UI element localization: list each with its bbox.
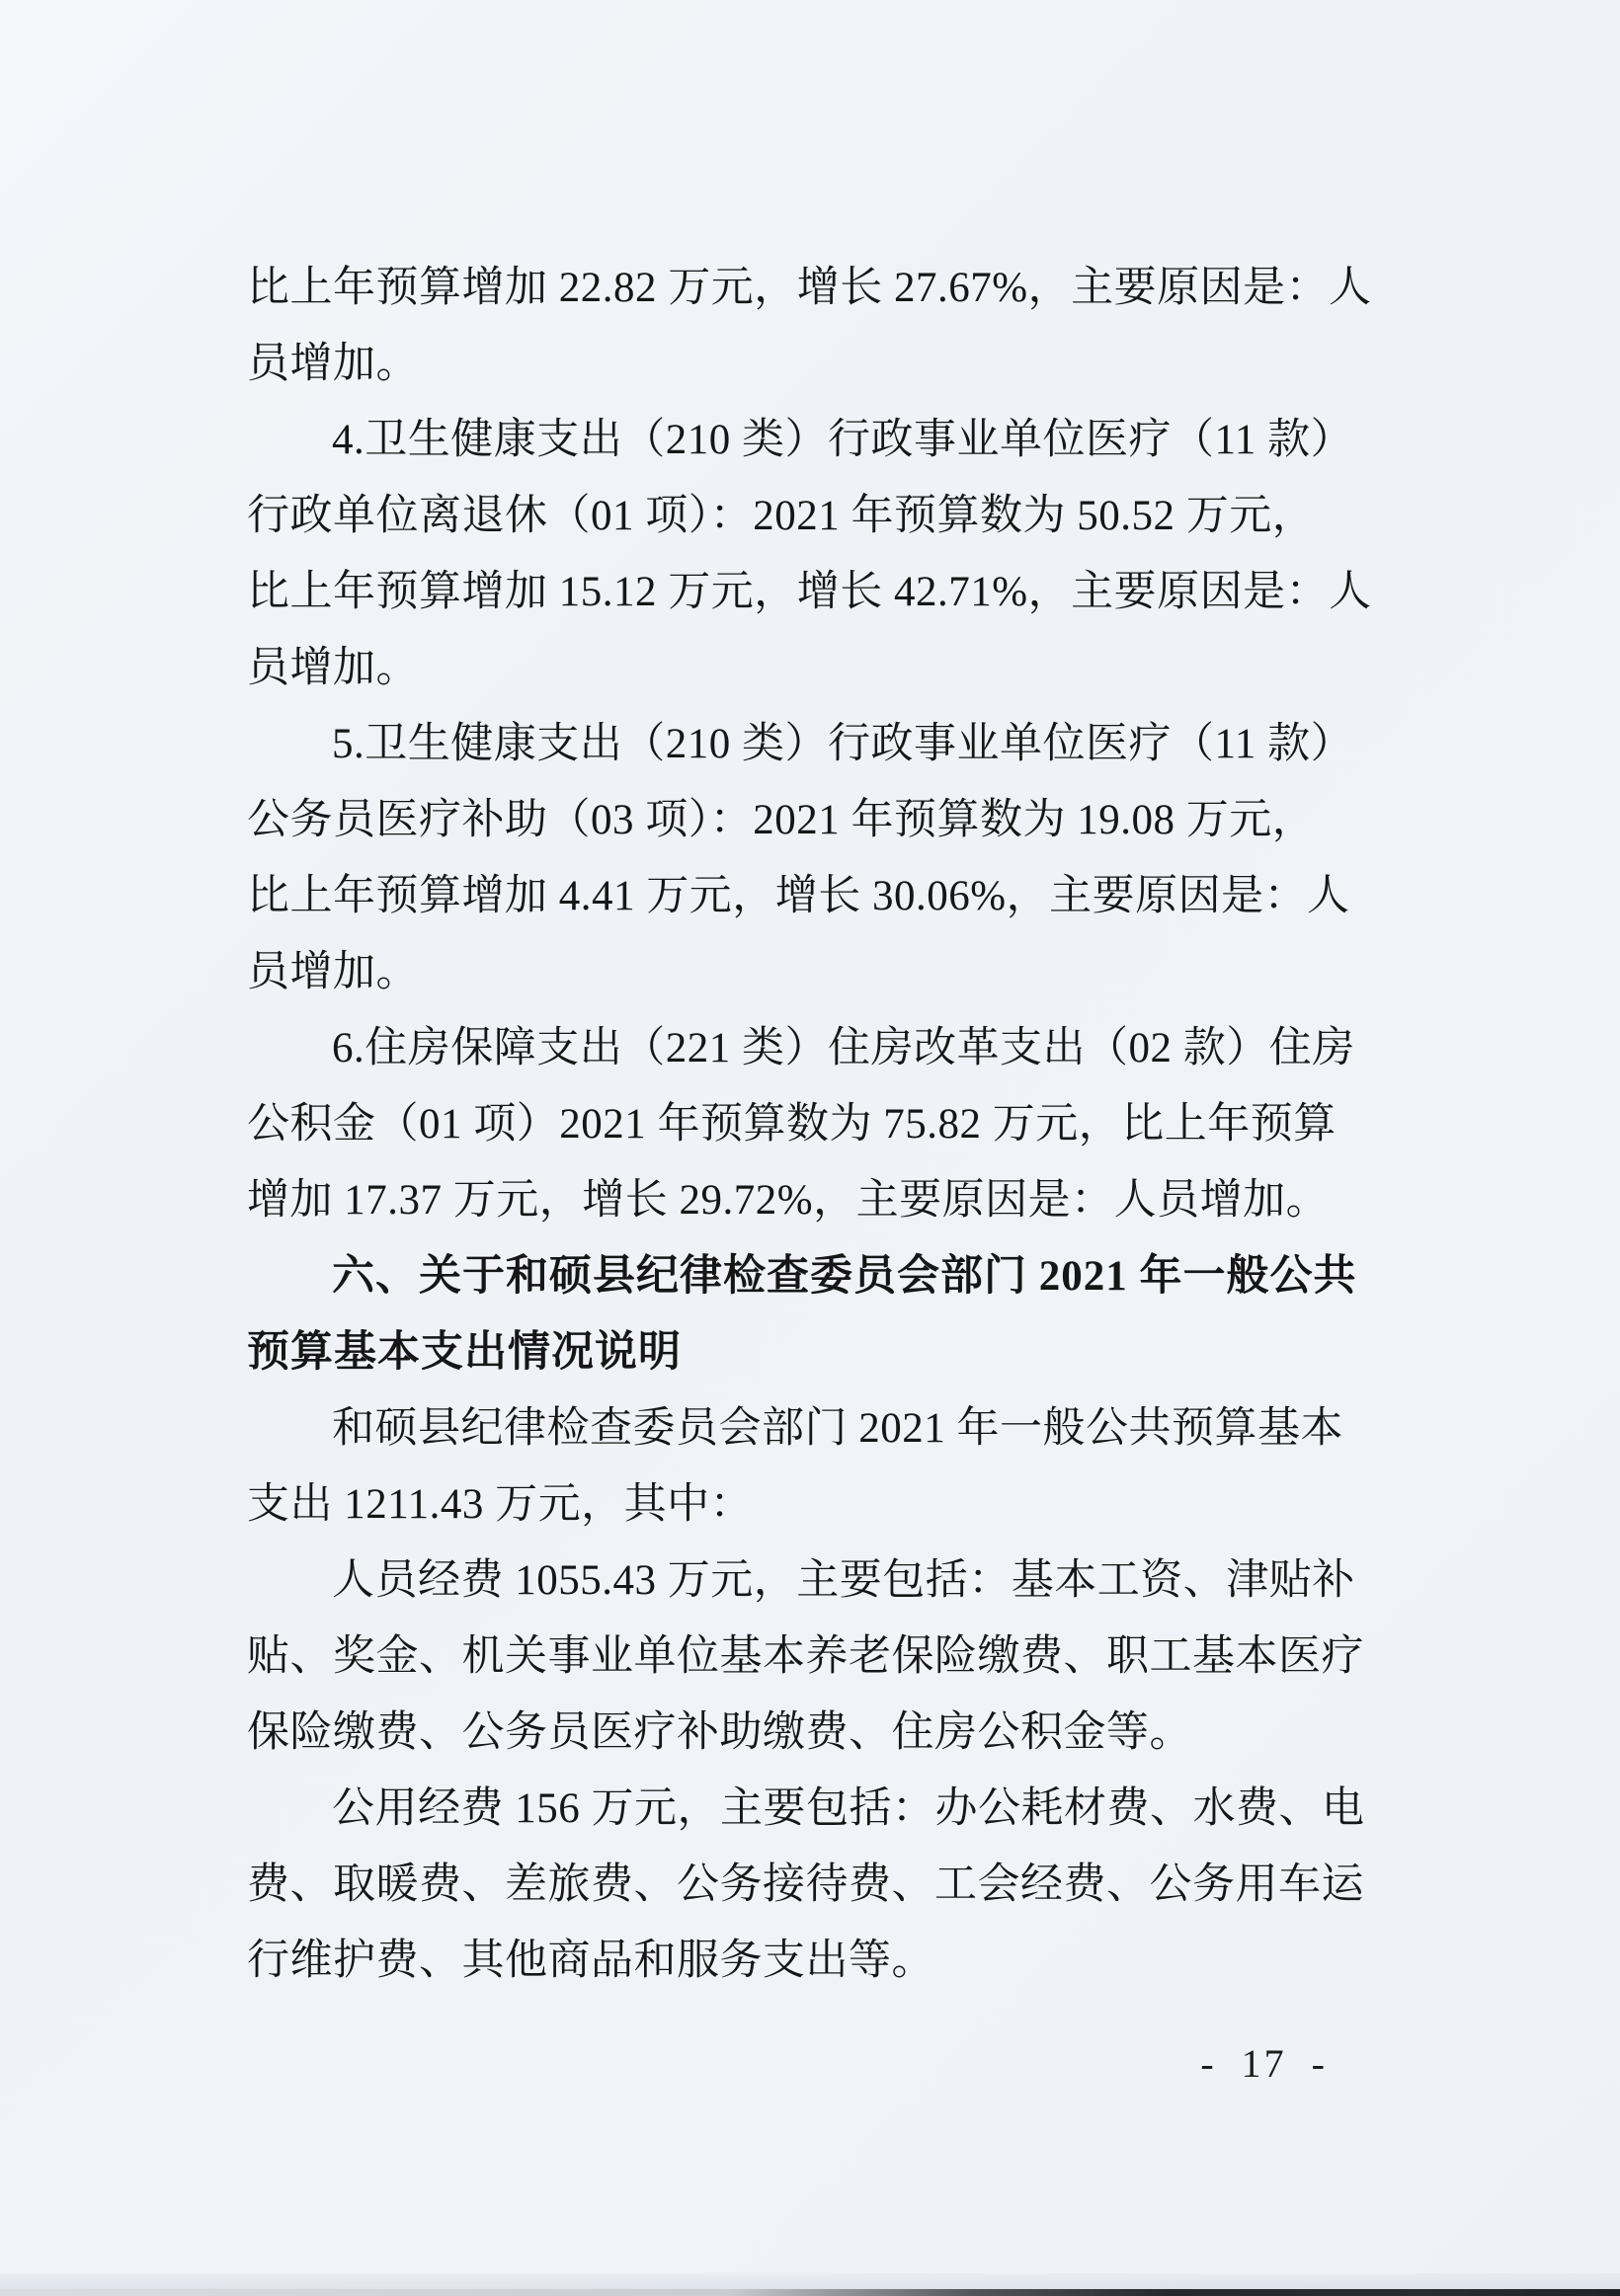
- paragraph-line: 人员经费 1055.43 万元，主要包括：基本工资、津贴补: [247, 1543, 1348, 1619]
- paragraph-line: 比上年预算增加 4.41 万元，增长 30.06%，主要原因是：人: [247, 858, 1348, 934]
- paragraph-line: 6.住房保障支出（221 类）住房改革支出（02 款）住房: [247, 1010, 1348, 1086]
- section-heading-line: 六、关于和硕县纪律检查委员会部门 2021 年一般公共: [247, 1238, 1348, 1314]
- paragraph-line: 公务员医疗补助（03 项）：2021 年预算数为 19.08 万元，: [247, 782, 1348, 858]
- section-heading-line: 预算基本支出情况说明: [247, 1314, 1348, 1390]
- page-number: - 17 -: [1200, 2036, 1328, 2092]
- paragraph-line: 贴、奖金、机关事业单位基本养老保险缴费、职工基本医疗: [247, 1619, 1348, 1695]
- paragraph-line: 4.卫生健康支出（210 类）行政事业单位医疗（11 款）: [247, 402, 1348, 478]
- paragraph-line: 增加 17.37 万元，增长 29.72%，主要原因是：人员增加。: [247, 1162, 1348, 1238]
- document-page: 比上年预算增加 22.82 万元，增长 27.67%，主要原因是：人 员增加。 …: [0, 0, 1620, 2296]
- scan-edge-line: [0, 2289, 1620, 2296]
- paragraph-line: 比上年预算增加 15.12 万元，增长 42.71%，主要原因是：人: [247, 554, 1348, 630]
- paragraph-line: 公用经费 156 万元，主要包括：办公耗材费、水费、电: [247, 1771, 1348, 1847]
- paragraph-line: 比上年预算增加 22.82 万元，增长 27.67%，主要原因是：人: [247, 250, 1348, 326]
- paragraph-line: 员增加。: [247, 630, 1348, 706]
- paragraph-line: 和硕县纪律检查委员会部门 2021 年一般公共预算基本: [247, 1390, 1348, 1466]
- scan-artifact-strip: [0, 2273, 1620, 2289]
- paragraph-line: 5.卫生健康支出（210 类）行政事业单位医疗（11 款）: [247, 706, 1348, 782]
- paragraph-line: 费、取暖费、差旅费、公务接待费、工会经费、公务用车运: [247, 1847, 1348, 1923]
- paragraph-line: 员增加。: [247, 934, 1348, 1010]
- paragraph-line: 公积金（01 项）2021 年预算数为 75.82 万元，比上年预算: [247, 1086, 1348, 1162]
- paragraph-line: 员增加。: [247, 326, 1348, 402]
- paragraph-line: 行维护费、其他商品和服务支出等。: [247, 1923, 1348, 1999]
- document-text-block: 比上年预算增加 22.82 万元，增长 27.67%，主要原因是：人 员增加。 …: [247, 250, 1348, 1999]
- paragraph-line: 支出 1211.43 万元，其中：: [247, 1466, 1348, 1543]
- paragraph-line: 保险缴费、公务员医疗补助缴费、住房公积金等。: [247, 1695, 1348, 1771]
- paragraph-line: 行政单位离退休（01 项）：2021 年预算数为 50.52 万元，: [247, 478, 1348, 554]
